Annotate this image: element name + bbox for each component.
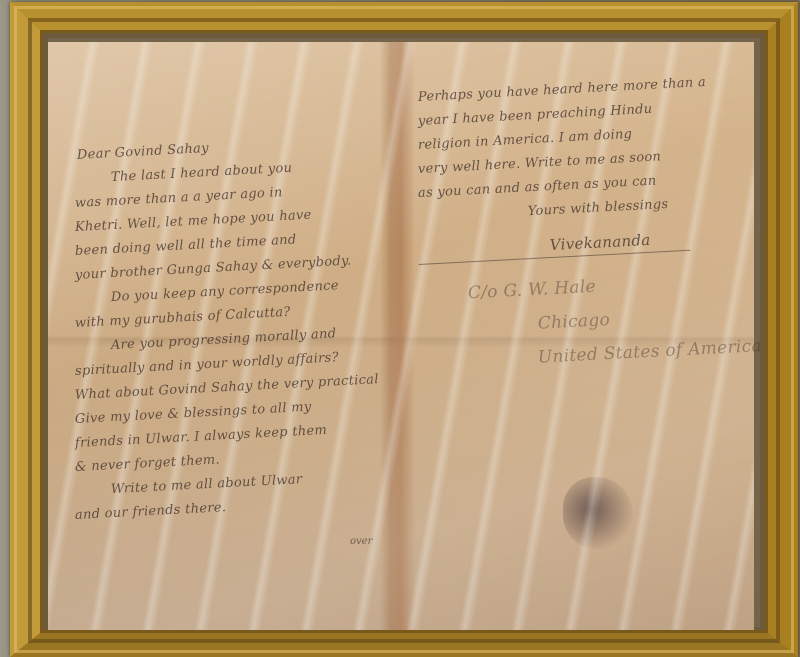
ink-stain [563, 477, 633, 549]
letter-right-page: Perhaps you have heard here more than a … [418, 86, 738, 381]
letter-left-page: Dear Govind Sahay The last I heard about… [75, 144, 395, 528]
page-turn-mark: over [350, 536, 372, 547]
address-block: C/o G. W. Hale Chicago United States of … [418, 279, 738, 381]
signature: Vivekananda [417, 226, 690, 265]
